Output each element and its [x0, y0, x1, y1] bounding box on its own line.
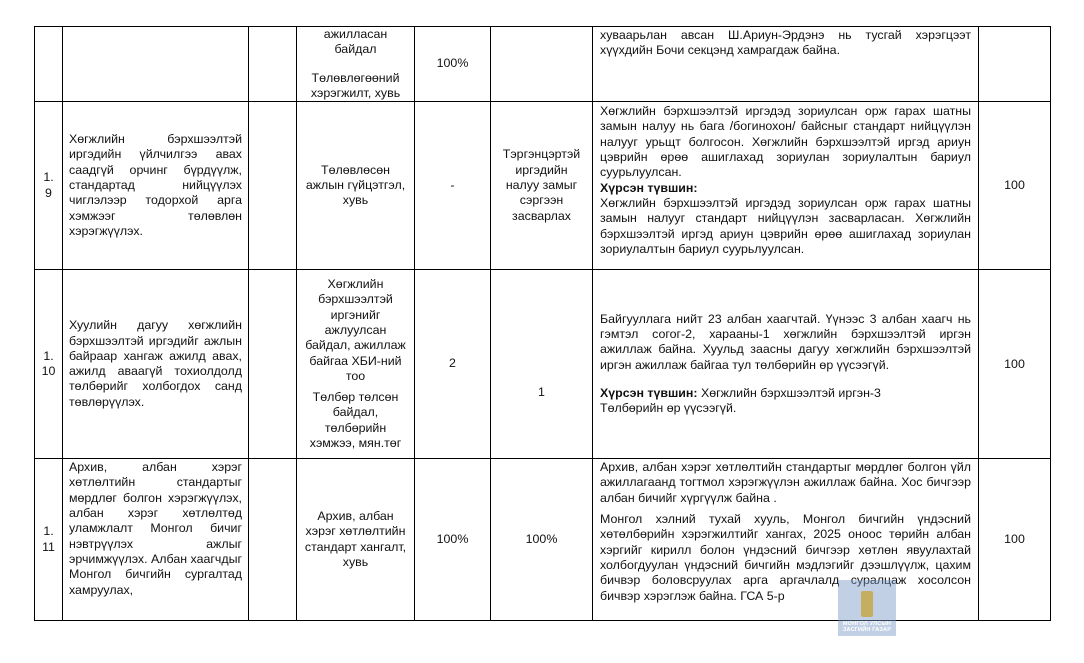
- result-intro: Хөгжлийн бэрхшээлтэй иргэдэд зориулсан о…: [600, 104, 971, 180]
- empty-cell: [249, 102, 297, 270]
- row-number: [35, 27, 63, 102]
- result-intro: Байгууллага нийт 23 албан хаагчтай. Үүнэ…: [600, 312, 971, 373]
- target-cell: 100%: [491, 459, 593, 621]
- result-cell: хуваарьлан авсан Ш.Ариун-Эрдэнэ нь тусга…: [593, 27, 979, 102]
- indicator-cell: Архив, албан хэрэг хөтлөлтийн стандарт х…: [297, 459, 415, 621]
- watermark-line-2: ЗАСГИЙН ГАЗАР: [843, 627, 891, 633]
- empty-cell: [249, 459, 297, 621]
- task-cell: Архив, албан хэрэг хөтлөлтийн стандартыг…: [63, 459, 249, 621]
- score-cell: 100: [979, 102, 1051, 270]
- result-detail: Хөгжлийн бэрхшээлтэй иргэдэд зориулсан о…: [600, 196, 971, 257]
- result-cell: Байгууллага нийт 23 албан хаагчтай. Үүнэ…: [593, 270, 979, 459]
- indicator-cell: Хөгжлийн бэрхшээлтэй иргэнийг ажлуулсан …: [297, 270, 415, 459]
- indicator-line: ажилласан: [301, 27, 410, 42]
- result-label: Хүрсэн түвшин:: [600, 386, 698, 400]
- watermark-text: МОНГОЛ УЛСЫН ЗАСГИЙН ГАЗАР: [843, 621, 891, 633]
- task-cell: [63, 27, 249, 102]
- result-detail-2: Төлбөрийн өр үүсээгүй.: [600, 401, 971, 416]
- table-row: 1. 9 Хөгжлийн бэрхшээлтэй иргэдийн үйлчи…: [35, 102, 1051, 270]
- empty-cell: [249, 27, 297, 102]
- row-number: 1. 10: [35, 270, 63, 459]
- indicator-primary: Хөгжлийн бэрхшээлтэй иргэнийг ажлуулсан …: [301, 277, 410, 384]
- baseline-cell: 2: [415, 270, 491, 459]
- result-paragraph: Архив, албан хэрэг хөтлөлтийн стандартыг…: [600, 460, 971, 506]
- score-cell: [979, 27, 1051, 102]
- score-cell: 100: [979, 459, 1051, 621]
- table-row: 1. 10 Хуулийн дагуу хөгжлийн бэрхшээлтэй…: [35, 270, 1051, 459]
- government-watermark-logo: МОНГОЛ УЛСЫН ЗАСГИЙН ГАЗАР: [838, 580, 896, 636]
- target-cell: [491, 27, 593, 102]
- task-cell: Хуулийн дагуу хөгжлийн бэрхшээлтэй иргэд…: [63, 270, 249, 459]
- task-cell: Хөгжлийн бэрхшээлтэй иргэдийн үйлчилгээ …: [63, 102, 249, 270]
- row-number-text: 1. 10: [40, 349, 57, 380]
- result-paragraph: хуваарьлан авсан Ш.Ариун-Эрдэнэ нь тусга…: [600, 28, 971, 59]
- indicator-cell: Төлөвлөсөн ажлын гүйцэтгэл, хувь: [297, 102, 415, 270]
- result-detail: Хөгжлийн бэрхшээлтэй иргэн-3: [698, 386, 881, 400]
- indicator-line: хэрэгжилт, хувь: [301, 86, 410, 101]
- performance-report-table: ажилласан байдал Төлөвлөгөөний хэрэгжилт…: [34, 26, 1051, 621]
- result-cell: Архив, албан хэрэг хөтлөлтийн стандартыг…: [593, 459, 979, 621]
- score-cell: 100: [979, 270, 1051, 459]
- result-paragraph: Монгол хэлний тухай хууль, Монгол бичгий…: [600, 512, 971, 604]
- table-row: ажилласан байдал Төлөвлөгөөний хэрэгжилт…: [35, 27, 1051, 102]
- result-summary: Хүрсэн түвшин: Хөгжлийн бэрхшээлтэй иргэ…: [600, 386, 971, 401]
- row-number: 1. 9: [35, 102, 63, 270]
- soyombo-emblem-icon: [861, 591, 873, 617]
- target-cell: Тэргэнцэртэй иргэдийн налуу замыг сэргээ…: [491, 102, 593, 270]
- indicator-cell: ажилласан байдал Төлөвлөгөөний хэрэгжилт…: [297, 27, 415, 102]
- row-number-text: 1. 9: [40, 170, 57, 201]
- indicator-line: байдал: [301, 42, 410, 57]
- empty-cell: [249, 270, 297, 459]
- indicator-line: Төлөвлөгөөний: [301, 71, 410, 86]
- target-cell: 1: [491, 270, 593, 459]
- baseline-cell: 100%: [415, 459, 491, 621]
- row-number-text: 1. 11: [40, 524, 57, 555]
- baseline-cell: -: [415, 102, 491, 270]
- baseline-cell: 100%: [415, 27, 491, 102]
- result-cell: Хөгжлийн бэрхшээлтэй иргэдэд зориулсан о…: [593, 102, 979, 270]
- table-row: 1. 11 Архив, албан хэрэг хөтлөлтийн стан…: [35, 459, 1051, 621]
- indicator-secondary: Төлбөр төлсөн байдал, төлбөрийн хэмжээ, …: [301, 390, 410, 451]
- result-label: Хүрсэн түвшин:: [600, 181, 971, 196]
- row-number: 1. 11: [35, 459, 63, 621]
